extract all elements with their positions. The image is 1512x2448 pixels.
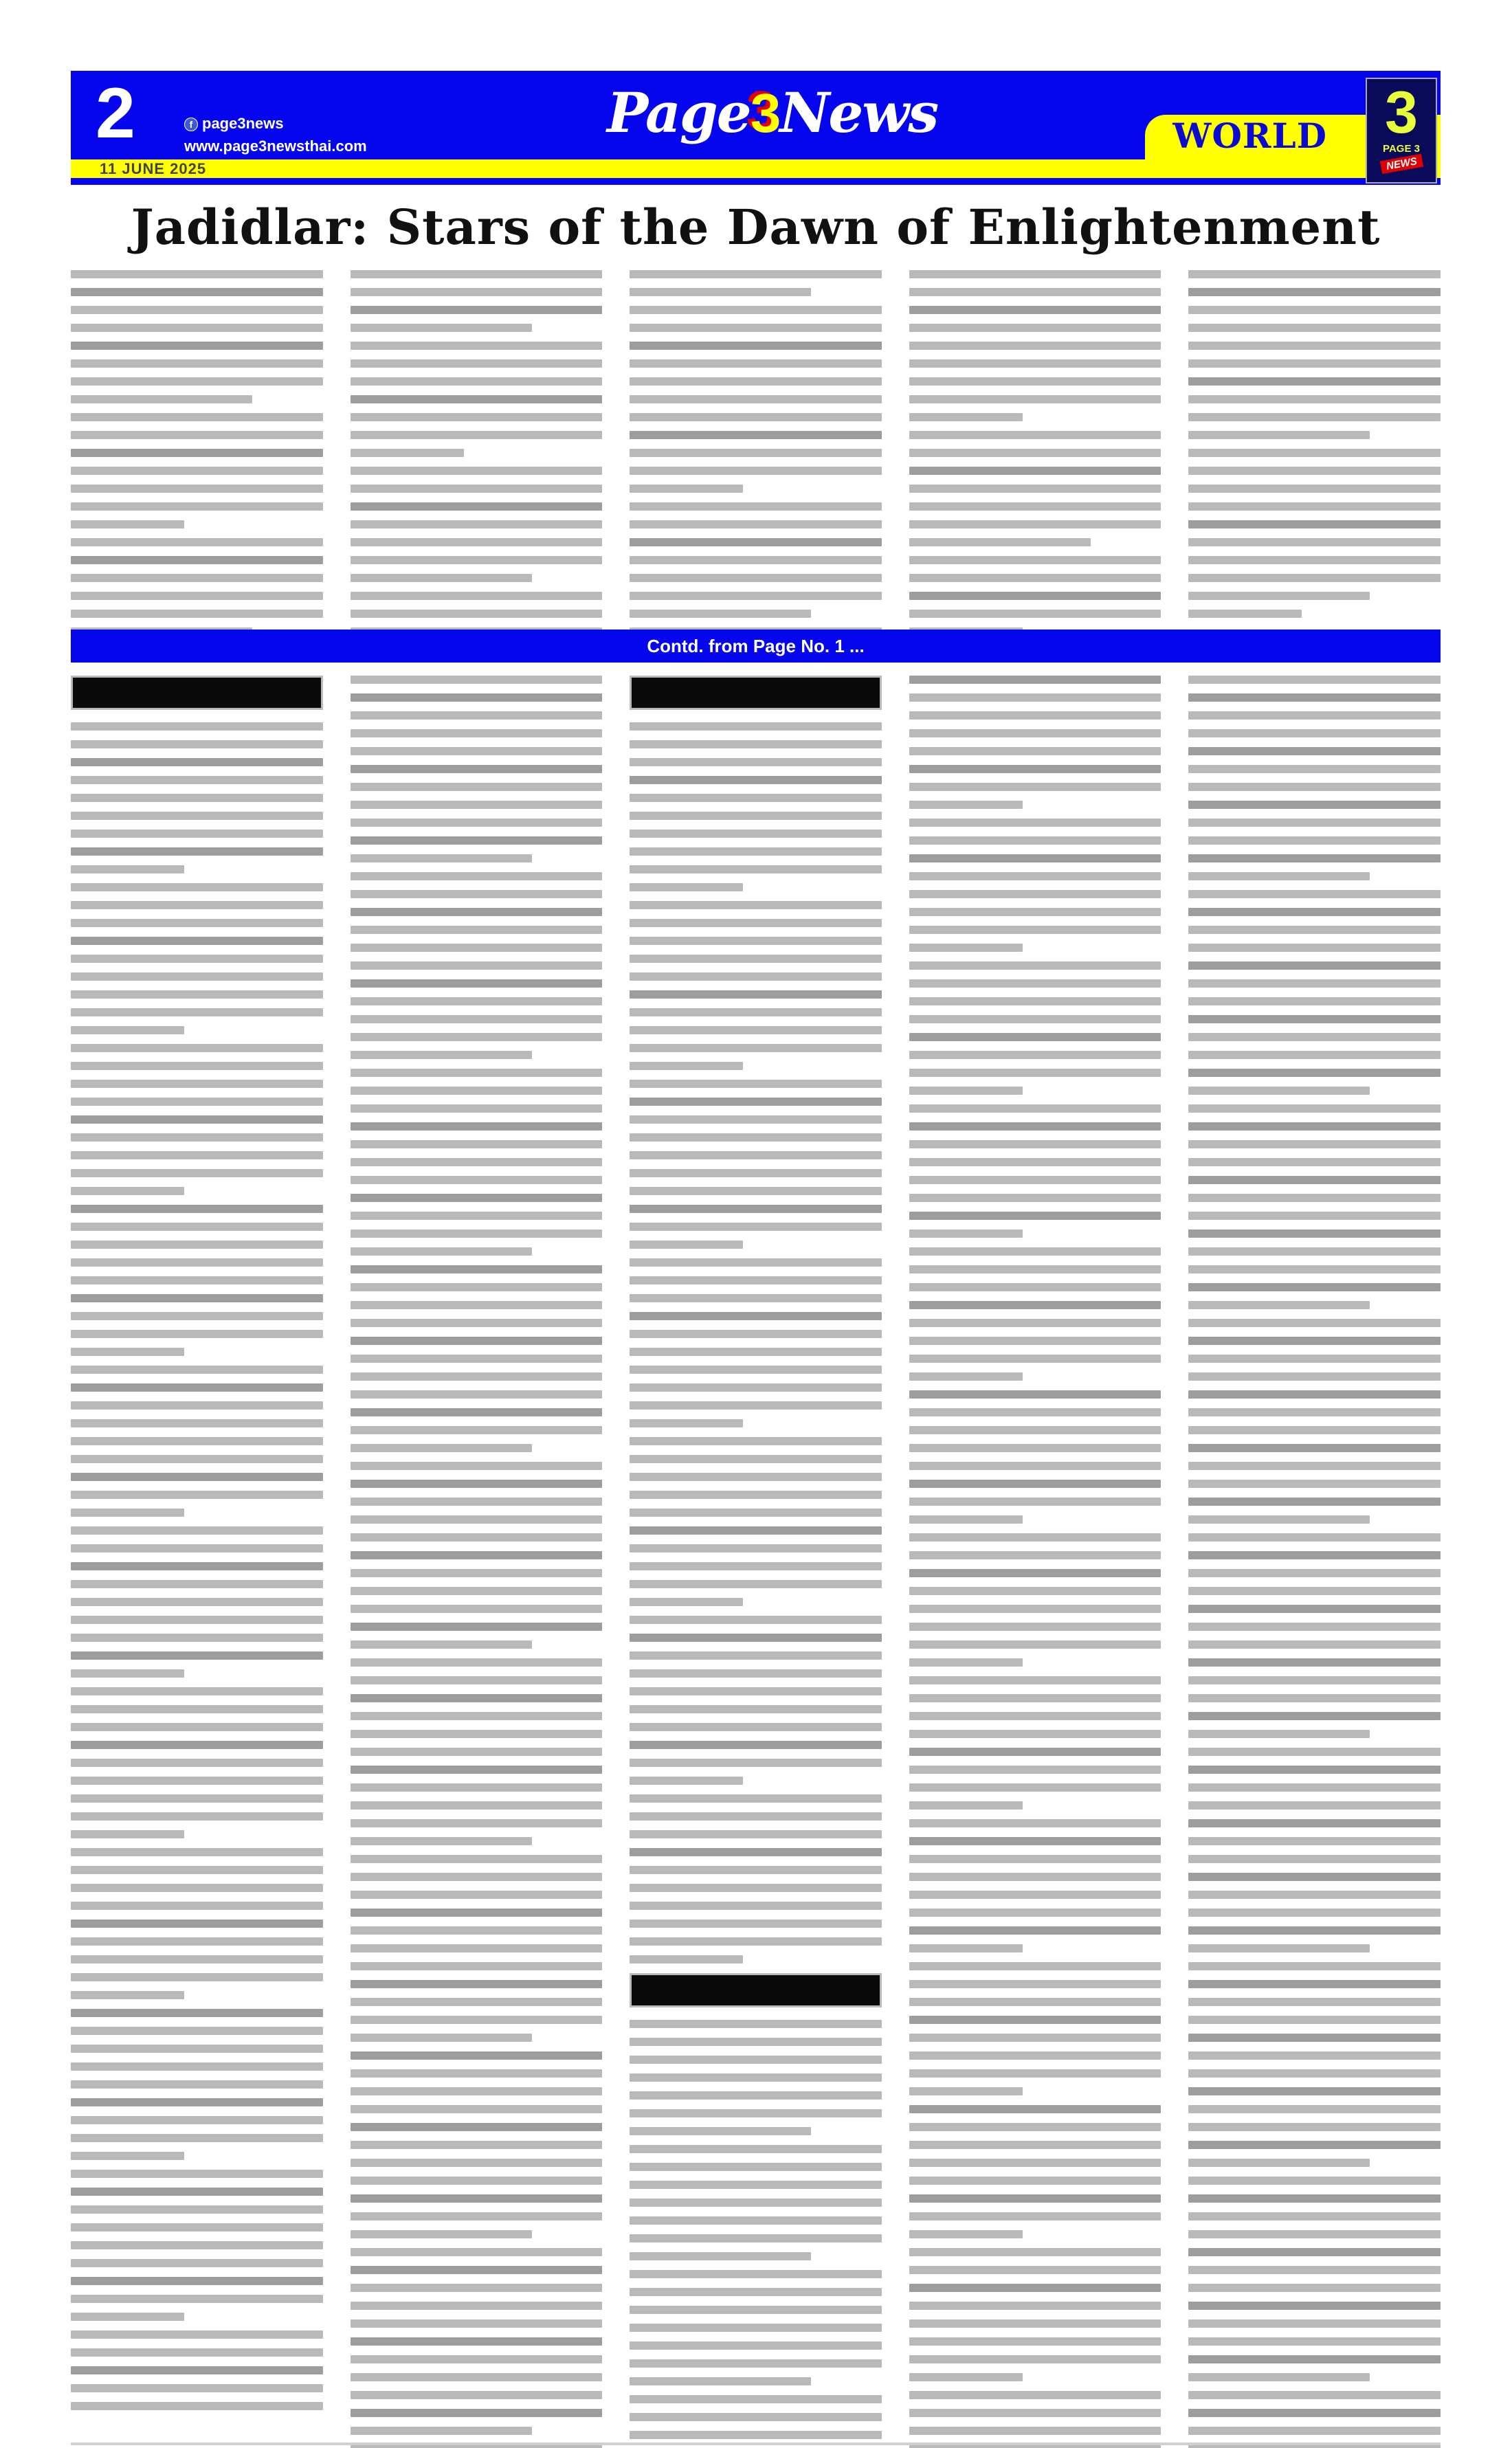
masthead-bottom-rule [71,178,1441,185]
brand-logo: Page3News [607,80,937,145]
story-column: document.currentScript.insertAdjacentHTM… [909,676,1161,2435]
story-column: document.currentScript.insertAdjacentHTM… [630,676,882,2435]
continued-stories: document.currentScript.insertAdjacentHTM… [71,676,1441,2435]
article-column [71,270,323,614]
newspaper-page: 2 fpage3news www.page3newsthai.com 11 JU… [71,71,1441,260]
facebook-icon: f [184,118,198,131]
social-links: fpage3news www.page3newsthai.com [184,112,367,157]
story-subhead [630,676,882,710]
article-column [1188,270,1441,614]
facebook-handle[interactable]: page3news [202,115,284,132]
story-column: document.currentScript.insertAdjacentHTM… [71,676,323,2435]
story-column: document.currentScript.insertAdjacentHTM… [1188,676,1441,2435]
article-headline: Jadidlar: Stars of the Dawn of Enlighten… [71,194,1441,260]
badge-number: 3 [1367,82,1436,144]
brand-suffix: News [779,80,937,145]
section-label: WORLD [1172,115,1327,156]
website-link[interactable]: www.page3newsthai.com [184,135,367,157]
page3-badge-icon: 3 PAGE 3 NEWS [1366,78,1437,183]
badge-subtitle: PAGE 3 [1367,144,1436,155]
page-bottom-rule [71,2443,1441,2445]
issue-date: 11 JUNE 2025 [100,160,206,178]
article-column [909,270,1161,614]
article-body-top [71,270,1441,614]
article-column [351,270,603,614]
masthead: 2 fpage3news www.page3newsthai.com 11 JU… [71,71,1441,179]
story-subhead [71,676,323,710]
brand-number: 3 [751,82,780,144]
brand-prefix: Page [607,80,751,145]
article-column [630,270,882,614]
page-number: 2 [96,78,135,149]
story-subhead [630,1973,882,2007]
story-column: document.currentScript.insertAdjacentHTM… [351,676,603,2435]
badge-news: NEWS [1379,154,1423,174]
continued-banner: Contd. from Page No. 1 ... [71,630,1441,663]
